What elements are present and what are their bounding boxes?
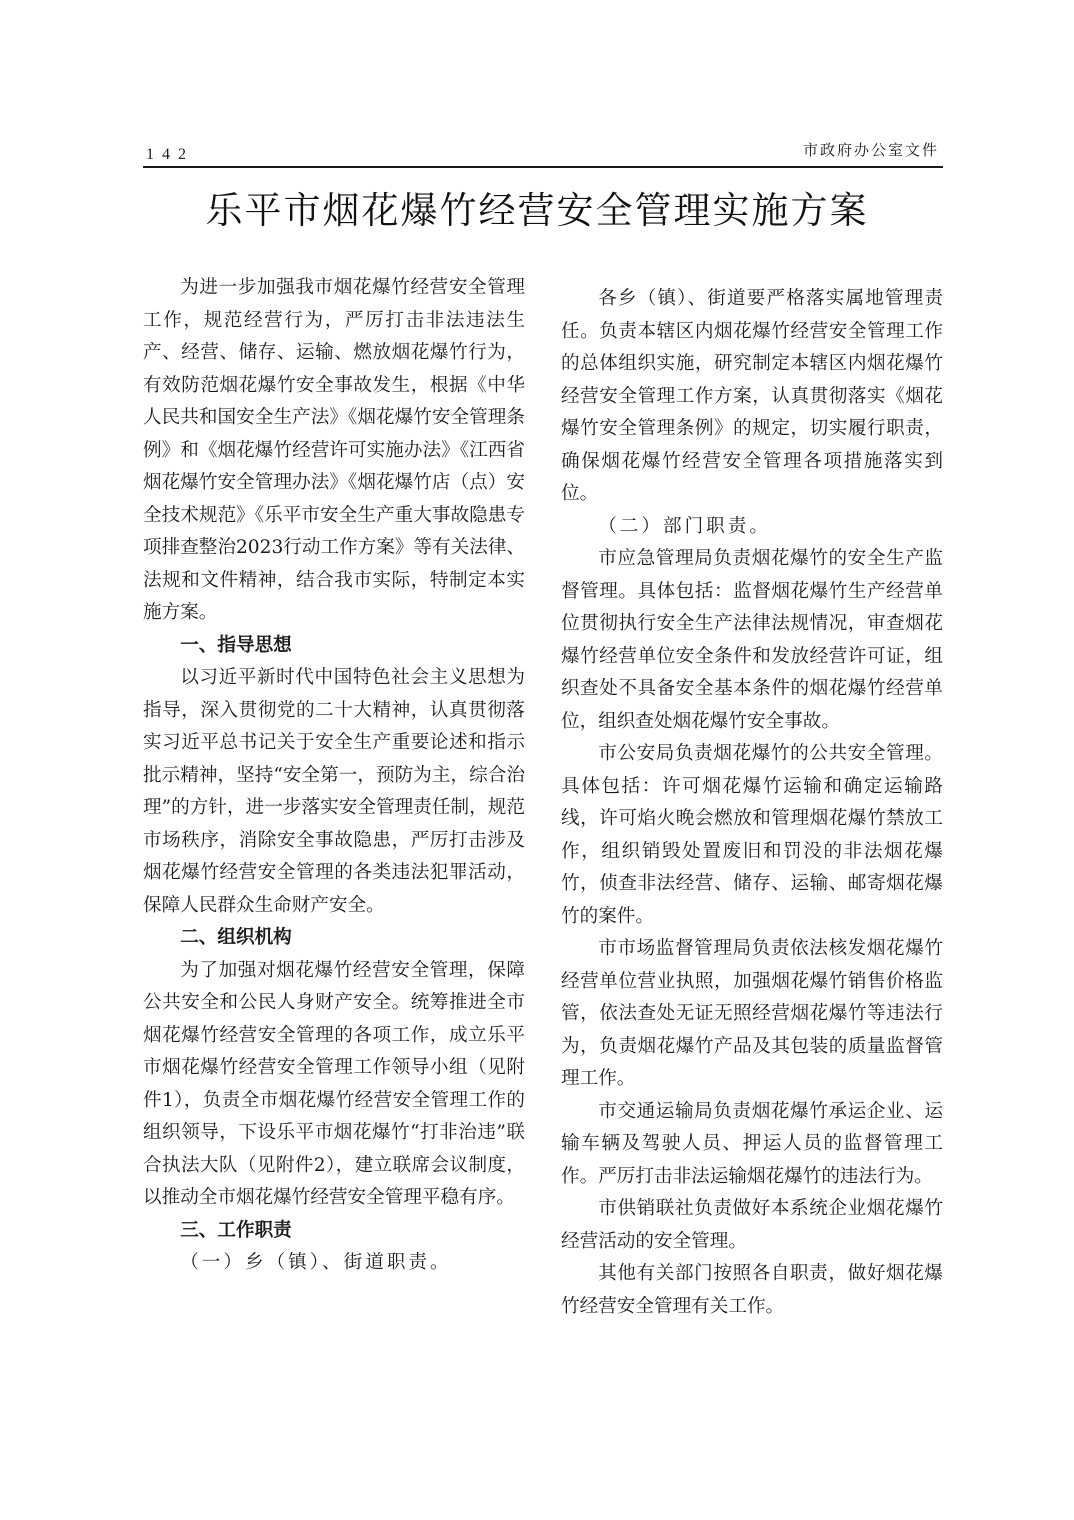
- intro-paragraph: 为进一步加强我市烟花爆竹经营安全管理工作，规范经营行为，严厉打击非法违法生产、经…: [143, 272, 525, 630]
- dept-paragraph-supply-coop: 市供销联社负责做好本系统企业烟花爆竹经营活动的安全管理。: [561, 1193, 943, 1258]
- left-column: 为进一步加强我市烟花爆竹经营安全管理工作，规范经营行为，严厉打击非法违法生产、经…: [143, 272, 525, 1280]
- dept-paragraph-emergency: 市应急管理局负责烟花爆竹的安全生产监督管理。具体包括：监督烟花爆竹生产经营单位贯…: [561, 543, 943, 738]
- right-column: 各乡（镇）、街道要严格落实属地管理责任。负责本辖区内烟花爆竹经营安全管理工作的总…: [561, 283, 943, 1323]
- dept-paragraph-market: 市市场监督管理局负责依法核发烟花爆竹经营单位营业执照，加强烟花爆竹销售价格监管，…: [561, 933, 943, 1096]
- section-heading-organization: 二、组织机构: [143, 922, 525, 955]
- subsection-heading-departments: （二）部门职责。: [561, 511, 943, 544]
- page-header: 142 市政府办公室文件: [143, 138, 943, 168]
- township-paragraph: 各乡（镇）、街道要严格落实属地管理责任。负责本辖区内烟花爆竹经营安全管理工作的总…: [561, 283, 943, 511]
- document-source: 市政府办公室文件: [803, 139, 939, 160]
- page-number: 142: [146, 146, 194, 164]
- dept-paragraph-transport: 市交通运输局负责烟花爆竹承运企业、运输车辆及驾驶人员、押运人员的监督管理工作。严…: [561, 1096, 943, 1194]
- section-heading-responsibilities: 三、工作职责: [143, 1215, 525, 1248]
- dept-paragraph-police: 市公安局负责烟花爆竹的公共安全管理。具体包括：许可烟花爆竹运输和确定运输路线，许…: [561, 738, 943, 933]
- section-heading-guiding-ideology: 一、指导思想: [143, 630, 525, 663]
- subsection-heading-township: （一）乡（镇）、街道职责。: [143, 1247, 525, 1280]
- organization-paragraph: 为了加强对烟花爆竹经营安全管理，保障公共安全和公民人身财产安全。统筹推进全市烟花…: [143, 955, 525, 1215]
- document-title: 乐平市烟花爆竹经营安全管理实施方案: [0, 180, 1074, 234]
- guiding-ideology-paragraph: 以习近平新时代中国特色社会主义思想为指导，深入贯彻党的二十大精神，认真贯彻落实习…: [143, 662, 525, 922]
- dept-paragraph-other: 其他有关部门按照各自职责，做好烟花爆竹经营安全管理有关工作。: [561, 1258, 943, 1323]
